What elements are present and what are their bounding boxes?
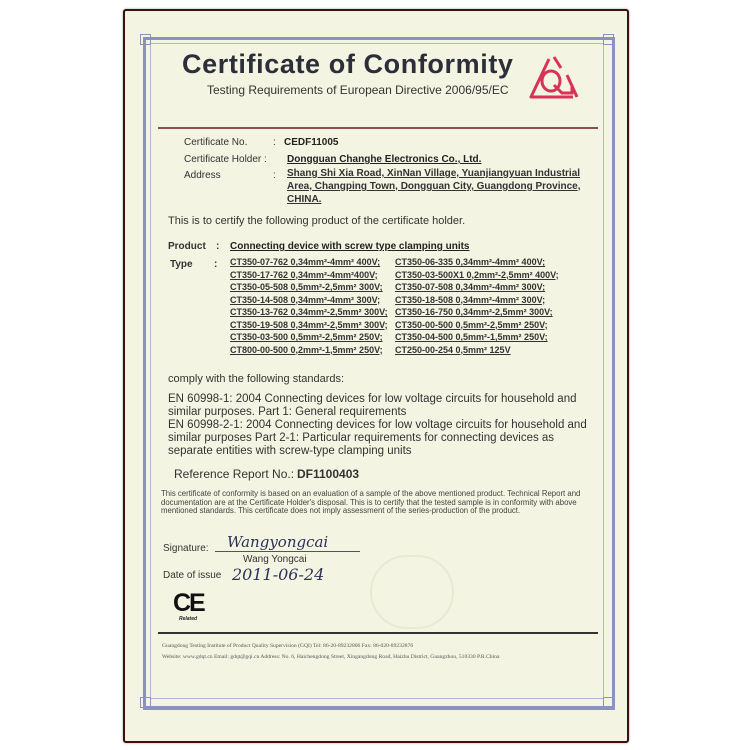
border-corner	[603, 34, 614, 45]
border-corner	[140, 697, 151, 708]
type-row: CT350-05-508 0,5mm²-2,5mm² 300V;CT350-07…	[230, 282, 600, 295]
product-value: Connecting device with screw type clampi…	[230, 241, 470, 252]
certificate-subtitle: Testing Requirements of European Directi…	[207, 83, 509, 97]
type-list: CT350-07-762 0,34mm²-4mm² 400V;CT350-06-…	[230, 257, 600, 357]
type-entry: CT350-04-500 0,5mm²-1,5mm² 250V;	[395, 332, 548, 345]
type-row: CT800-00-500 0,2mm²-1,5mm² 250V;CT250-00…	[230, 345, 600, 358]
type-entry: CT350-07-762 0,34mm²-4mm² 400V;	[230, 257, 395, 270]
address-label: Address	[184, 170, 221, 181]
standards-list: EN 60998-1: 2004 Connecting devices for …	[168, 393, 598, 458]
type-sep: :	[214, 259, 217, 270]
comply-statement: comply with the following standards:	[168, 373, 344, 385]
border-corner	[140, 34, 151, 45]
gqi-logo-icon	[527, 53, 583, 105]
disclaimer-text: This certificate of conformity is based …	[161, 490, 601, 516]
type-row: CT350-17-762 0,34mm²-4mm²400V;CT350-03-5…	[230, 270, 600, 283]
cert-no-value: CEDF11005	[284, 137, 338, 148]
type-entry: CT350-07-508 0,34mm²-4mm² 300V;	[395, 282, 545, 295]
signature: Wangyongcai	[227, 533, 328, 551]
standard-item: EN 60998-1: 2004 Connecting devices for …	[168, 393, 598, 419]
type-label: Type	[170, 259, 193, 270]
type-row: CT350-14-508 0,34mm²-4mm² 300V;CT350-18-…	[230, 295, 600, 308]
ce-mark-icon: CE	[173, 589, 204, 618]
type-entry: CT250-00-254 0,5mm² 125V	[395, 345, 511, 358]
type-entry: CT350-00-500 0,5mm²-2,5mm² 250V;	[395, 320, 548, 333]
watermark-seal	[370, 555, 454, 629]
type-entry: CT350-03-500X1 0,2mm²-2,5mm² 400V;	[395, 270, 559, 283]
type-row: CT350-07-762 0,34mm²-4mm² 400V;CT350-06-…	[230, 257, 600, 270]
type-entry: CT350-16-750 0,34mm²-2,5mm² 300V;	[395, 307, 553, 320]
header-divider	[158, 127, 598, 129]
date-label: Date of issue	[163, 570, 221, 581]
product-sep: :	[216, 241, 219, 252]
type-row: CT350-03-500 0,5mm²-2,5mm² 250V;CT350-04…	[230, 332, 600, 345]
footer-contact: Website: www.gdqt.cn Email: gdqt@gqi.cn …	[162, 654, 499, 660]
footer-institute: Guangdong Testing Institute of Product Q…	[162, 643, 413, 649]
type-entry: CT350-18-508 0,34mm²-4mm² 300V;	[395, 295, 545, 308]
border-corner	[603, 697, 614, 708]
holder-value: Dongguan Changhe Electronics Co., Ltd.	[287, 154, 481, 165]
certificate-title: Certificate of Conformity	[182, 49, 514, 80]
ce-sub-label: Related	[179, 616, 197, 622]
type-entry: CT800-00-500 0,2mm²-1,5mm² 250V;	[230, 345, 395, 358]
type-entry: CT350-03-500 0,5mm²-2,5mm² 250V;	[230, 332, 395, 345]
reference-value: DF1100403	[297, 467, 359, 481]
cert-no-label: Certificate No.	[184, 137, 247, 148]
standard-item: EN 60998-2-1: 2004 Connecting devices fo…	[168, 419, 598, 458]
type-entry: CT350-06-335 0,34mm²-4mm² 400V;	[395, 257, 545, 270]
type-entry: CT350-14-508 0,34mm²-4mm² 300V;	[230, 295, 395, 308]
reference-label: Reference Report No.:	[174, 467, 294, 481]
type-row: CT350-19-508 0,34mm²-2,5mm² 300V;CT350-0…	[230, 320, 600, 333]
signature-label: Signature:	[163, 543, 209, 554]
type-entry: CT350-05-508 0,5mm²-2,5mm² 300V;	[230, 282, 395, 295]
address-sep: :	[273, 170, 276, 181]
cert-no-sep: :	[273, 137, 276, 148]
type-entry: CT350-17-762 0,34mm²-4mm²400V;	[230, 270, 395, 283]
type-row: CT350-13-762 0,34mm²-2,5mm² 300V;CT350-1…	[230, 307, 600, 320]
address-value: Shang Shi Xia Road, XinNan Village, Yuan…	[287, 167, 597, 206]
date-value: 2011-06-24	[232, 565, 324, 584]
type-entry: CT350-19-508 0,34mm²-2,5mm² 300V;	[230, 320, 395, 333]
certify-statement: This is to certify the following product…	[168, 215, 465, 227]
footer-divider	[158, 632, 598, 634]
signatory-name: Wang Yongcai	[243, 554, 307, 565]
type-entry: CT350-13-762 0,34mm²-2,5mm² 300V;	[230, 307, 395, 320]
product-label: Product	[168, 241, 206, 252]
signature-line	[215, 551, 360, 552]
holder-label: Certificate Holder :	[184, 154, 267, 165]
